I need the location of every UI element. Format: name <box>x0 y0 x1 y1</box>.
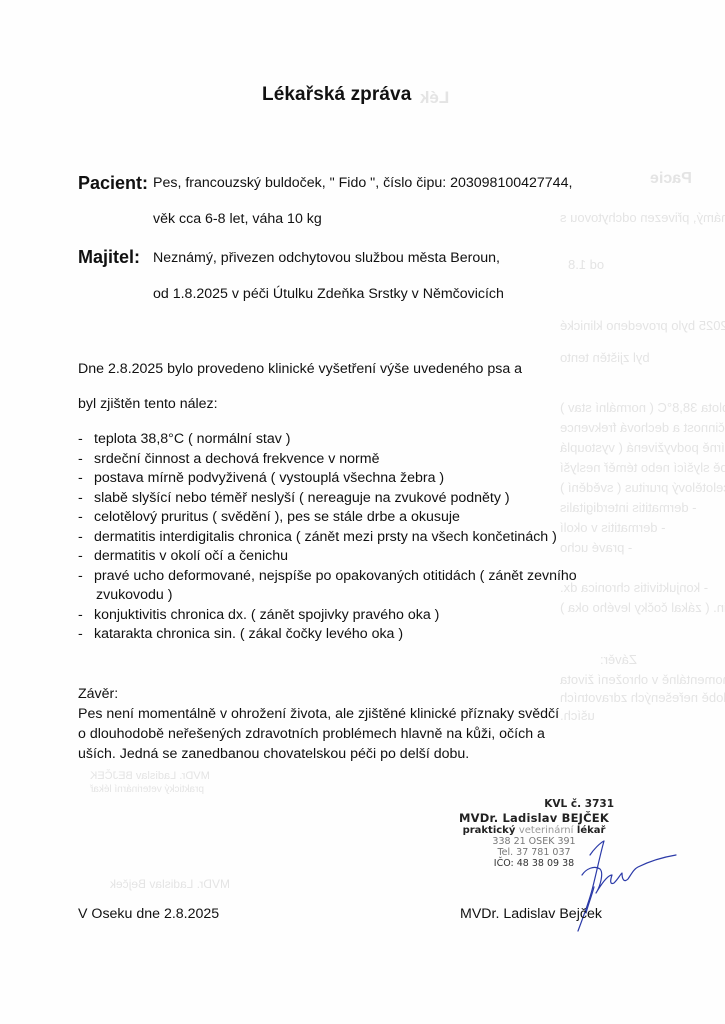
bullet-dash: - <box>78 489 83 509</box>
finding-item: -pravé ucho deformované, nejspíše po opa… <box>78 567 577 606</box>
bleed-through-ghost: Závěr: <box>600 652 637 667</box>
bullet-dash: - <box>78 469 83 489</box>
bleed-through-ghost: - slabě slyšící nebo téměř neslyší <box>560 460 725 475</box>
bleed-through-ghost: MVDr. Ladislav Bejček <box>110 877 230 891</box>
finding-item: -celotělový pruritus ( svědění ), pes se… <box>78 508 577 528</box>
bullet-dash: - <box>78 567 83 587</box>
bleed-through-ghost: katarakta chronica sin. ( zákal čočky le… <box>560 600 725 615</box>
exam-intro-line-1: Dne 2.8.2025 bylo provedeno klinické vyš… <box>78 361 522 377</box>
finding-item: -teplota 38,8°C ( normální stav ) <box>78 430 577 450</box>
finding-item: -slabě slyšící nebo téměř neslyší ( nere… <box>78 489 577 509</box>
bullet-dash: - <box>78 606 83 626</box>
stamp-vet-name: MVDr. Ladislav BEJČEK <box>444 811 624 825</box>
signatory-name: MVDr. Ladislav Bejček <box>460 906 602 922</box>
conclusion-section: Závěr: Pes není momentálně v ohrožení ži… <box>78 684 638 764</box>
finding-text: postava mírně podvyživená ( vystouplá vš… <box>94 470 444 486</box>
patient-label: Pacient: <box>78 173 148 194</box>
conclusion-line: o dlouhodobě neřešených zdravotních prob… <box>78 724 638 744</box>
bleed-through-ghost: MVDr. Ladislav BEJČEK <box>90 770 210 782</box>
bleed-through-ghost: - teplota 38,8°C ( normální stav ) <box>560 400 725 415</box>
finding-text: dermatitis interdigitalis chronica ( zán… <box>94 529 557 545</box>
bleed-through-ghost: - celotělový pruritus ( svědění ) <box>560 480 725 495</box>
bleed-through-ghost: Majitel: Neznámý, přivezen odchytovou s <box>560 210 725 225</box>
place-and-date: V Oseku dne 2.8.2025 <box>78 906 219 922</box>
conclusion-line: uších. Jedná se zanedbanou chovatelskou … <box>78 744 638 764</box>
medical-report-page: Lék Pacie Majitel: Neznámý, přivezen odc… <box>0 0 725 1024</box>
finding-text: slabě slyšící nebo téměř neslyší ( nerea… <box>94 490 510 506</box>
bullet-dash: - <box>78 547 83 567</box>
finding-text: celotělový pruritus ( svědění ), pes se … <box>94 509 460 525</box>
finding-continuation: zvukovodu ) <box>94 586 577 606</box>
finding-item: -postava mírně podvyživená ( vystouplá v… <box>78 469 577 489</box>
page-title: Lékařská zpráva <box>262 84 411 106</box>
finding-item: -katarakta chronica sin. ( zákal čočky l… <box>78 625 577 645</box>
bullet-dash: - <box>78 528 83 548</box>
bleed-through-ghost: praktický veterinární lékař <box>90 784 204 795</box>
stamp-role-part: praktický <box>463 825 519 836</box>
owner-line-1: Neznámý, přivezen odchytovou službou měs… <box>153 250 500 266</box>
bleed-through-ghost: - dermatitis interdigitalis <box>560 500 697 515</box>
bullet-dash: - <box>78 625 83 645</box>
finding-text: srdeční činnost a dechová frekvence v no… <box>94 451 379 467</box>
bleed-through-ghost: Lék <box>420 88 449 108</box>
finding-item: -dermatitis interdigitalis chronica ( zá… <box>78 528 577 548</box>
conclusion-line: Pes není momentálně v ohrožení života, a… <box>78 704 638 724</box>
finding-item: -srdeční činnost a dechová frekvence v n… <box>78 450 577 470</box>
bullet-dash: - <box>78 450 83 470</box>
owner-label: Majitel: <box>78 247 140 268</box>
bleed-through-ghost: Dne 2.8.2025 bylo provedeno klinické <box>560 318 725 333</box>
bleed-through-ghost: Pacie <box>650 170 692 188</box>
patient-line-2: věk cca 6-8 let, váha 10 kg <box>153 211 322 227</box>
bullet-dash: - <box>78 430 83 450</box>
conclusion-heading: Závěr: <box>78 684 638 704</box>
finding-text: konjuktivitis chronica dx. ( zánět spoji… <box>94 607 439 623</box>
bleed-through-ghost: byl zjištěn tento <box>560 350 650 365</box>
finding-item: -konjuktivitis chronica dx. ( zánět spoj… <box>78 606 577 626</box>
bullet-dash: - <box>78 508 83 528</box>
findings-list: -teplota 38,8°C ( normální stav ) -srdeč… <box>78 430 577 645</box>
exam-intro-line-2: byl zjištěn tento nález: <box>78 396 218 412</box>
stamp-kvl-number: KVL č. 3731 <box>444 798 624 810</box>
bleed-through-ghost: - srdeční činnost a dechová frekvence <box>560 420 725 435</box>
bleed-through-ghost: od 1.8 <box>568 257 604 272</box>
finding-text: katarakta chronica sin. ( zákal čočky le… <box>94 626 403 642</box>
finding-text: pravé ucho deformované, nejspíše po opak… <box>94 568 577 584</box>
patient-line-1: Pes, francouzský buldoček, " Fido ", čís… <box>153 175 572 191</box>
owner-line-2: od 1.8.2025 v péči Útulku Zdeňka Srstky … <box>153 286 504 302</box>
bleed-through-ghost: - konjuktivitis chronica dx. <box>560 580 708 595</box>
finding-item: -dermatitis v okolí očí a čenichu <box>78 547 577 567</box>
finding-text: dermatitis v okolí očí a čenichu <box>94 548 288 564</box>
finding-text: teplota 38,8°C ( normální stav ) <box>94 431 291 447</box>
bleed-through-ghost: - postava mírně podvyživená ( vystouplá <box>560 440 725 455</box>
